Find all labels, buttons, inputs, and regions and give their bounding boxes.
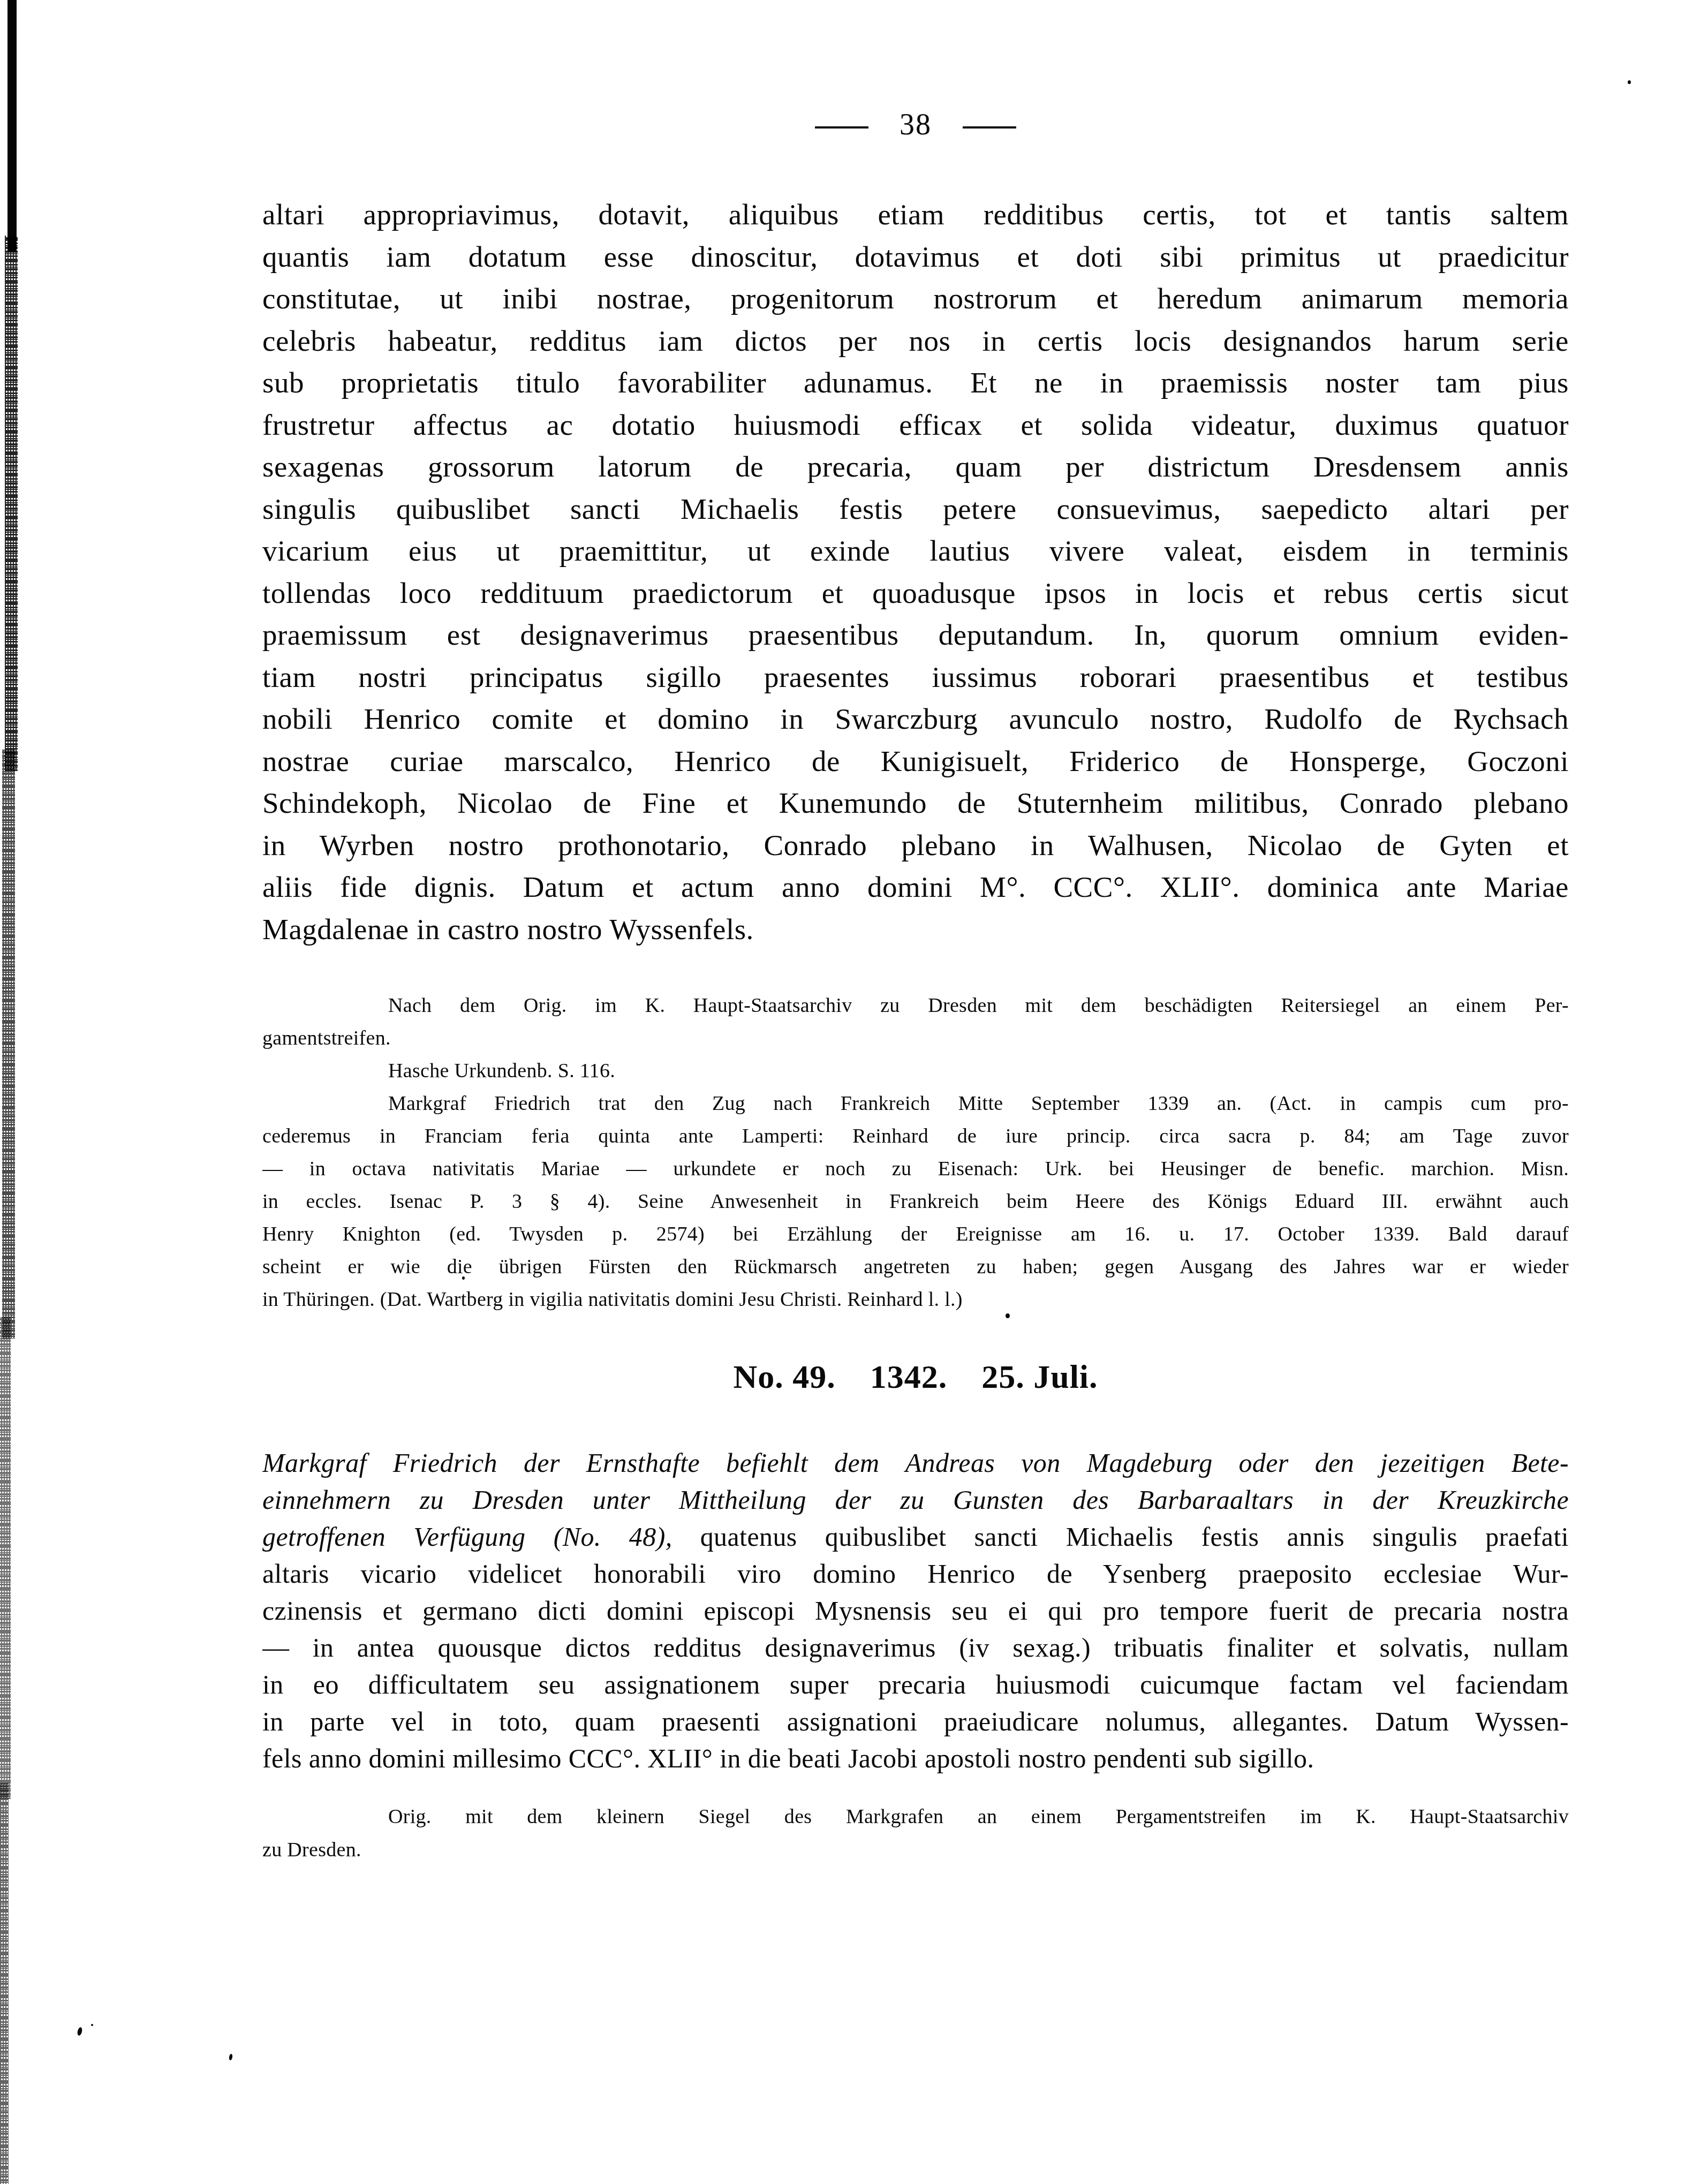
text-line: constitutae, ut inibi nostrae, progenito… [262,278,1569,320]
text-line: sub proprietatis titulo favorabiliter ad… [262,362,1569,404]
text-line: sexagenas grossorum latorum de precaria,… [262,446,1569,488]
page-number: 38 [900,110,932,140]
regest-italic-segment: einnehmern zu Dresden unter Mittheilung … [262,1485,1569,1515]
text-line: Schindekoph, Nicolao de Fine et Kunemund… [262,782,1569,825]
charter-48-notes: Nach dem Orig. im K. Haupt-Staatsarchiv … [262,989,1569,1316]
text-line: tiam nostri principatus sigillo praesent… [262,656,1569,699]
text-line: czinensis et germano dicti domini episco… [262,1592,1569,1629]
text-line: Orig. mit dem kleinern Siegel des Markgr… [262,1800,1569,1833]
text-line: tollendas loco reddituum praedictorum et… [262,572,1569,615]
text-line: in eo difficultatem seu assignationem su… [262,1666,1569,1703]
text-line: cederemus in Franciam feria quinta ante … [262,1120,1569,1153]
text-line: zu Dresden. [262,1833,1569,1866]
text-line: Hasche Urkundenb. S. 116. [262,1055,1569,1087]
text-line: vicarium eius ut praemittitur, ut exinde… [262,530,1569,572]
binding-edge-artifact [0,1317,11,1799]
page-header: 38 [262,110,1569,140]
binding-edge-artifact [0,1783,9,2184]
text-line: einnehmern zu Dresden unter Mittheilung … [262,1482,1569,1518]
binding-edge-artifact [7,0,17,252]
text-line: altaris vicario videlicet honorabili vir… [262,1555,1569,1592]
text-line: altari appropriavimus, dotavit, aliquibu… [262,194,1569,236]
regest-italic-segment: getroffenen Verfügung (No. 48), [262,1522,672,1552]
text-line: Markgraf Friedrich der Ernsthafte befieh… [262,1445,1569,1482]
scan-speck [1628,80,1631,84]
scanned-book-page: 38 altari appropriavimus, dotavit, aliqu… [0,0,1693,2184]
text-line: in Wyrben nostro prothonotario, Conrado … [262,825,1569,867]
text-line: scheint er wie die übrigen Fürsten den R… [262,1251,1569,1283]
text-line: praemissum est designaverimus praesentib… [262,614,1569,656]
text-line: frustretur affectus ac dotatio huiusmodi… [262,404,1569,447]
text-line: singulis quibuslibet sancti Michaelis fe… [262,488,1569,531]
header-rule-left [815,126,868,129]
charter-48-body-text: altari appropriavimus, dotavit, aliquibu… [262,194,1569,950]
text-line: in Thüringen. (Dat. Wartberg in vigilia … [262,1283,1569,1316]
text-line: in eccles. Isenac P. 3 § 4). Seine Anwes… [262,1185,1569,1218]
text-line: in parte vel in toto, quam praesenti ass… [262,1703,1569,1740]
text-line: nobili Henrico comite et domino in Swarc… [262,698,1569,740]
text-line: — in antea quousque dictos redditus desi… [262,1629,1569,1666]
binding-edge-artifact [2,750,15,1339]
text-line: — in octava nativitatis Mariae — urkunde… [262,1153,1569,1185]
text-line: Henry Knighton (ed. Twysden p. 2574) bei… [262,1218,1569,1251]
binding-edge-artifact [5,236,18,771]
text-line: fels anno domini millesimo CCC°. XLII° i… [262,1740,1569,1777]
text-line: Nach dem Orig. im K. Haupt-Staatsarchiv … [262,989,1569,1022]
regest-italic-segment: Markgraf Friedrich der Ernsthafte befieh… [262,1448,1569,1478]
charter-49-heading: No. 49. 1342. 25. Juli. [262,1359,1569,1395]
text-line: aliis fide dignis. Datum et actum anno d… [262,866,1569,909]
text-line: gamentstreifen. [262,1022,1569,1055]
text-line: Magdalenae in castro nostro Wyssenfels. [262,909,1569,951]
charter-49-regest-text: Markgraf Friedrich der Ernsthafte befieh… [262,1445,1569,1777]
text-line: getroffenen Verfügung (No. 48), quatenus… [262,1518,1569,1555]
text-line: Markgraf Friedrich trat den Zug nach Fra… [262,1087,1569,1120]
charter-49-source-note: Orig. mit dem kleinern Siegel des Markgr… [262,1800,1569,1866]
scan-speck [77,2027,83,2036]
regest-roman-segment: quatenus quibuslibet sancti Michaelis fe… [672,1522,1569,1552]
scan-speck [229,2054,233,2061]
text-line: celebris habeatur, redditus iam dictos p… [262,320,1569,362]
text-line: quantis iam dotatum esse dinoscitur, dot… [262,236,1569,278]
header-rule-right [963,126,1016,129]
text-line: nostrae curiae marscalco, Henrico de Kun… [262,740,1569,783]
scan-speck [91,2024,93,2026]
